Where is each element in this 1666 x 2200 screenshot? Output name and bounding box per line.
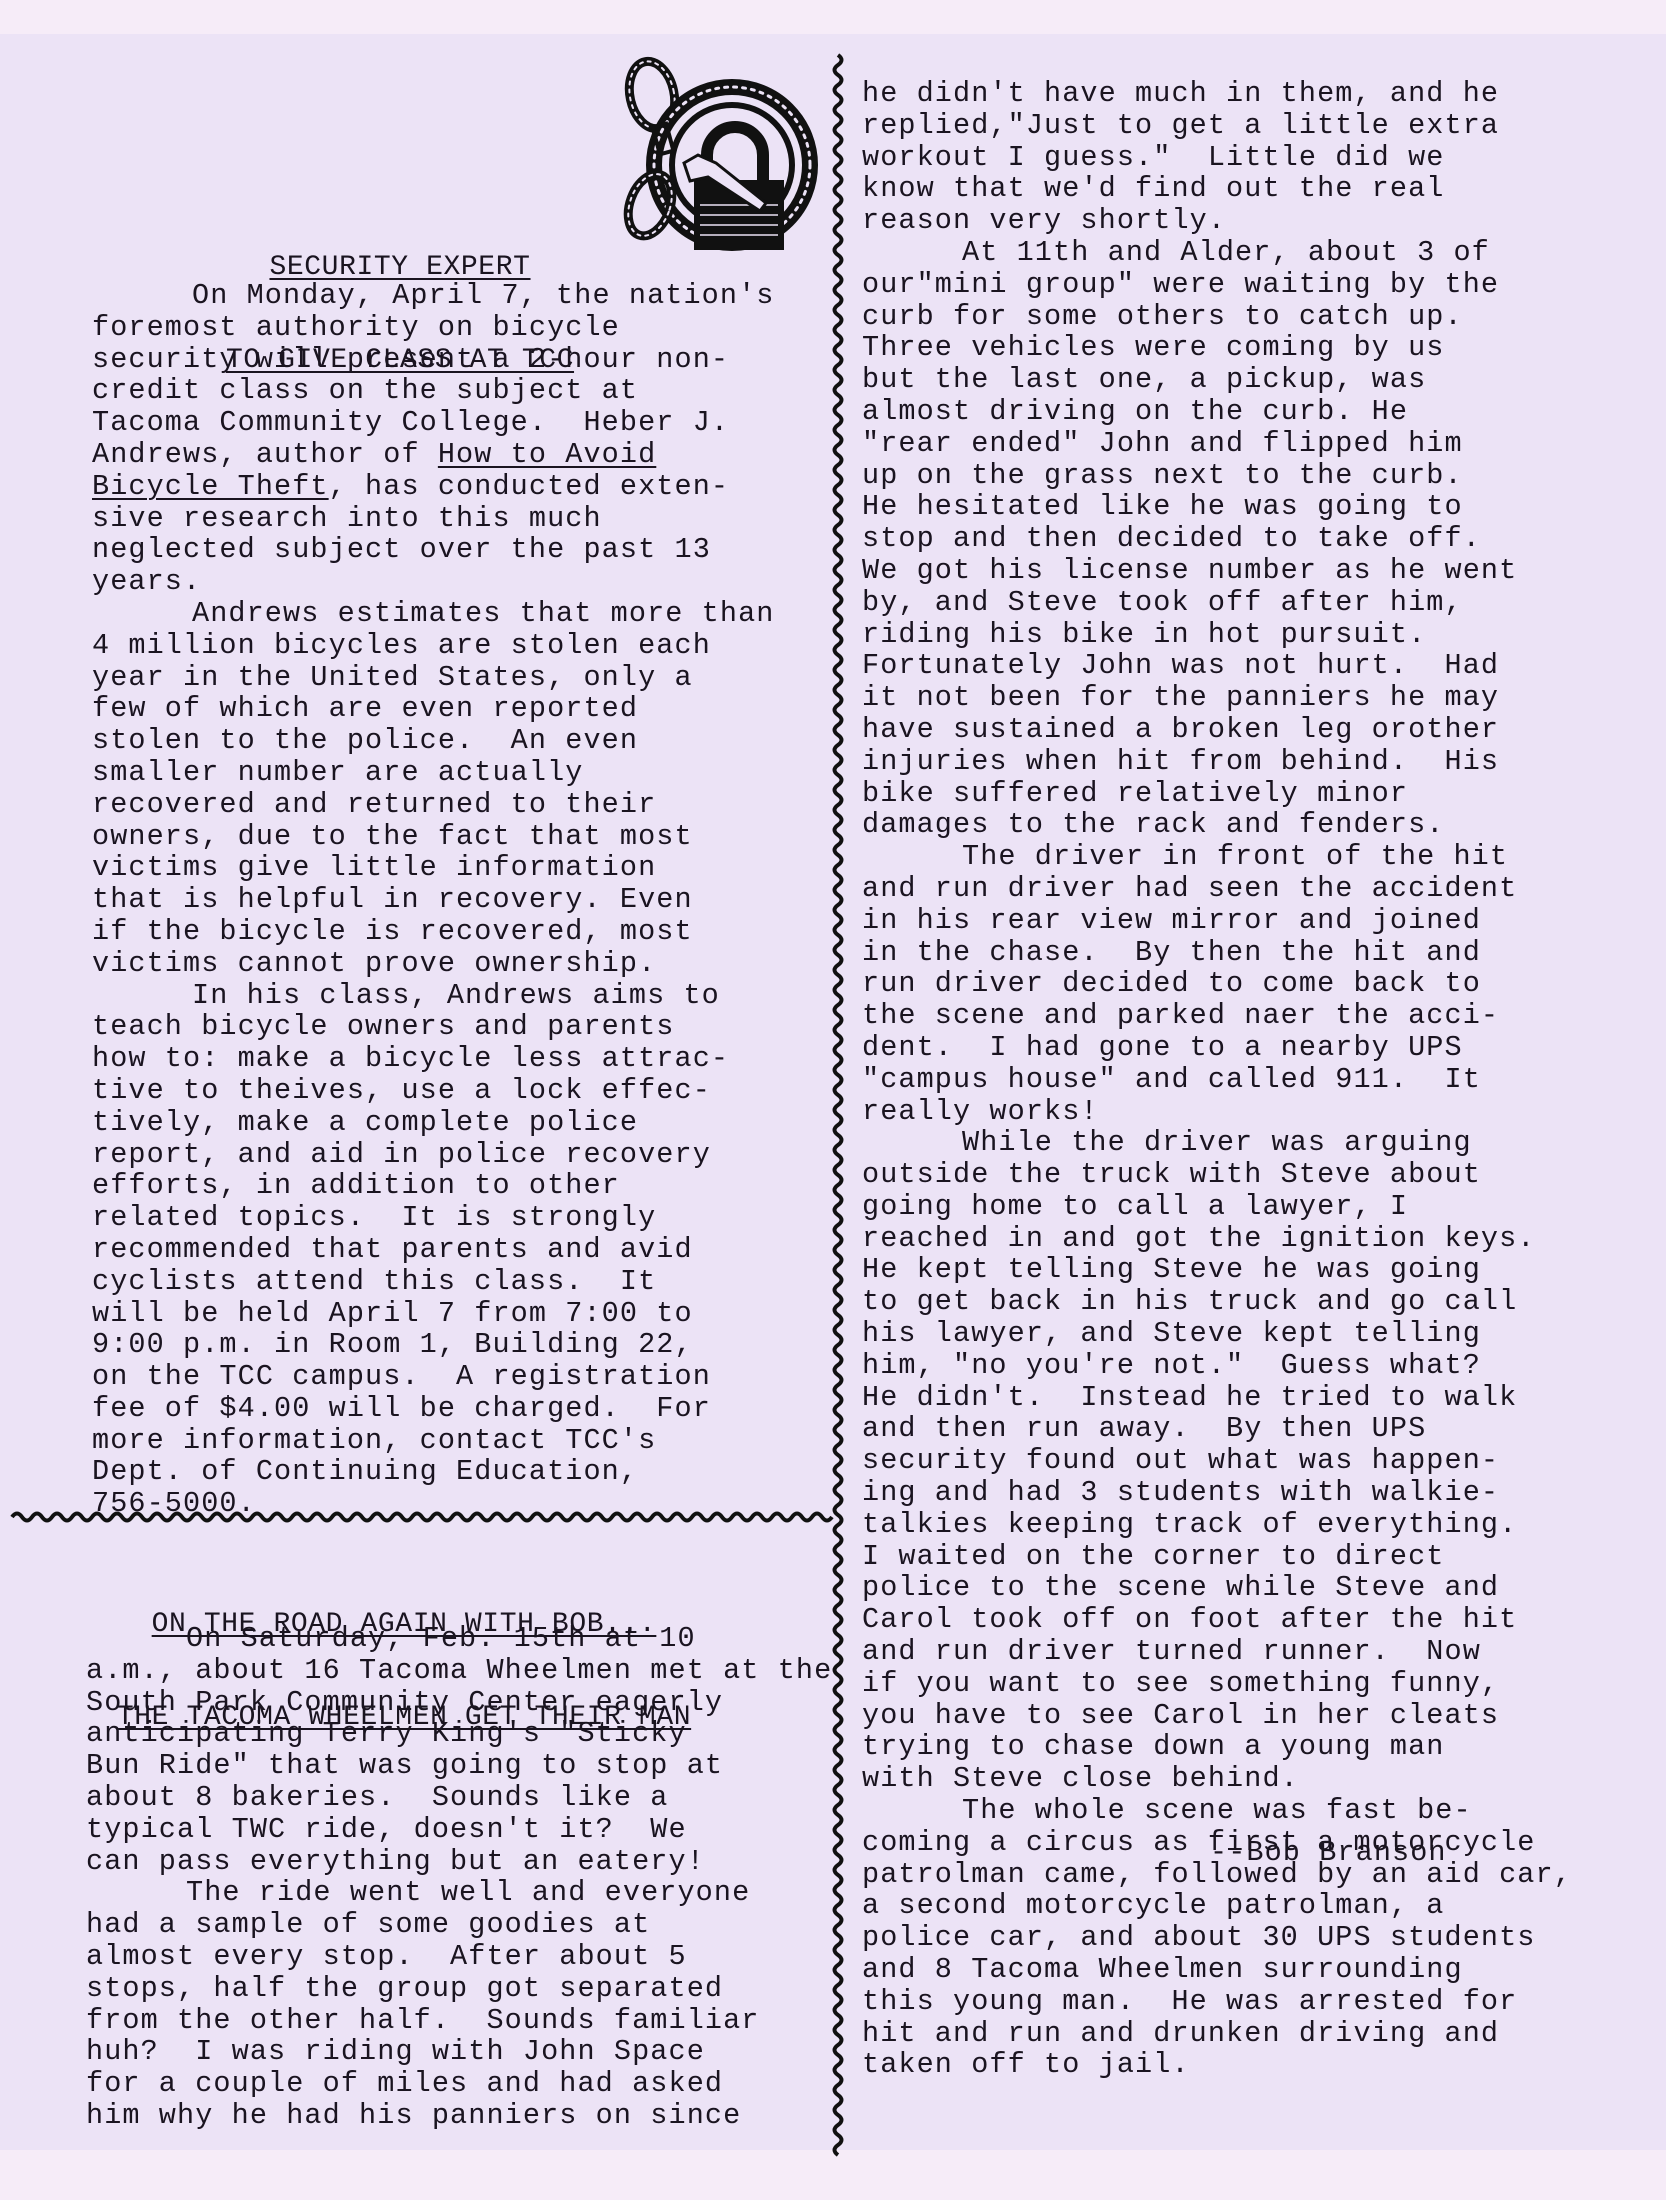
text-line: security will present a 2-hour non- [92,344,775,376]
text-line: tively, make a complete police [92,1107,775,1139]
text-line: on the TCC campus. A registration [92,1361,775,1393]
text-line: can pass everything but an eatery! [86,1846,832,1878]
text-line: replied,"Just to get a little extra [862,110,1572,142]
text-line: dent. I had gone to a nearby UPS [862,1032,1572,1064]
text-line: neglected subject over the past 13 [92,534,775,566]
text-line: South Park Community Center eagerly [86,1687,832,1719]
text-line: year in the United States, only a [92,662,775,694]
text-line: The ride went well and everyone [86,1877,832,1909]
text-line: by, and Steve took off after him, [862,587,1572,619]
text-line: years. [92,566,775,598]
text-line: Andrews estimates that more than [92,598,775,630]
text-line: run driver decided to come back to [862,968,1572,1000]
text-line: but the last one, a pickup, was [862,364,1572,396]
text-line: related topics. It is strongly [92,1202,775,1234]
text-line: Three vehicles were coming by us [862,332,1572,364]
text-line: a second motorcycle patrolman, a [862,1890,1572,1922]
text-line: He kept telling Steve he was going [862,1254,1572,1286]
text-line: going home to call a lawyer, I [862,1191,1572,1223]
text-line: The driver in front of the hit [862,841,1572,873]
text-line: from the other half. Sounds familiar [86,2005,832,2037]
text-line: for a couple of miles and had asked [86,2068,832,2100]
text-line: you have to see Carol in her cleats [862,1700,1572,1732]
text-line: recovered and returned to their [92,789,775,821]
text-line: almost every stop. After about 5 [86,1941,832,1973]
text-line: 4 million bicycles are stolen each [92,630,775,662]
text-line: Andrews, author of How to Avoid [92,439,775,471]
text-line: and 8 Tacoma Wheelmen surrounding [862,1954,1572,1986]
text-line: cyclists attend this class. It [92,1266,775,1298]
text-line: typical TWC ride, doesn't it? We [86,1814,832,1846]
text-line: Bicycle Theft, has conducted exten- [92,471,775,503]
text-line: curb for some others to catch up. [862,301,1572,333]
text-line: While the driver was arguing [862,1127,1572,1159]
text-line: smaller number are actually [92,757,775,789]
text-line: Carol took off on foot after the hit [862,1604,1572,1636]
text-line: he didn't have much in them, and he [862,78,1572,110]
text-line: "campus house" and called 911. It [862,1064,1572,1096]
text-line: in the chase. By then the hit and [862,937,1572,969]
text-line: sive research into this much [92,503,775,535]
text-line: He hesitated like he was going to [862,491,1572,523]
text-line: recommended that parents and avid [92,1234,775,1266]
text-line: this young man. He was arrested for [862,1986,1572,2018]
scan-margin-top [0,0,1666,34]
text-line: owners, due to the fact that most [92,821,775,853]
text-line: workout I guess." Little did we [862,142,1572,174]
text-line: reached in and got the ignition keys. [862,1223,1572,1255]
text-line: talkies keeping track of everything. [862,1509,1572,1541]
text-line: more information, contact TCC's [92,1425,775,1457]
text-line: outside the truck with Steve about [862,1159,1572,1191]
book-title: How to Avoid [438,438,656,471]
text-line: have sustained a broken leg orother [862,714,1572,746]
text-line: the scene and parked naer the acci- [862,1000,1572,1032]
text-line: almost driving on the curb. He [862,396,1572,428]
text-line: reason very shortly. [862,205,1572,237]
scan-margin-bottom [0,2150,1666,2200]
text-line: riding his bike in hot pursuit. [862,619,1572,651]
text-line: really works! [862,1096,1572,1128]
cable-lock-icon [612,55,822,255]
horizontal-wavy-divider [12,1508,838,1526]
text-line: taken off to jail. [862,2049,1572,2081]
text-line: ing and had 3 students with walkie- [862,1477,1572,1509]
text-line: trying to chase down a young man [862,1731,1572,1763]
text-line: will be held April 7 from 7:00 to [92,1298,775,1330]
text-line: hit and run and drunken driving and [862,2018,1572,2050]
text-line: it not been for the panniers he may [862,682,1572,714]
text-line: a.m., about 16 Tacoma Wheelmen met at th… [86,1655,832,1687]
text-line: Dept. of Continuing Education, [92,1456,775,1488]
text-line: up on the grass next to the curb. [862,460,1572,492]
text-line: him, "no you're not." Guess what? [862,1350,1572,1382]
text-line: efforts, in addition to other [92,1170,775,1202]
text-line: victims cannot prove ownership. [92,948,775,980]
article-security-expert-body: On Monday, April 7, the nation'sforemost… [92,280,775,1520]
text-line: had a sample of some goodies at [86,1909,832,1941]
text-line: and then run away. By then UPS [862,1413,1572,1445]
text-line: Tacoma Community College. Heber J. [92,407,775,439]
byline: --Bob Branson [1210,1836,1447,1869]
text-line: and run driver turned runner. Now [862,1636,1572,1668]
text-line: police car, and about 30 UPS students [862,1922,1572,1954]
text-line: in his rear view mirror and joined [862,905,1572,937]
text-line: I waited on the corner to direct [862,1541,1572,1573]
text-line: injuries when hit from behind. His [862,746,1572,778]
text-line: The whole scene was fast be- [862,1795,1572,1827]
text-line: that is helpful in recovery. Even [92,884,775,916]
text-line: police to the scene while Steve and [862,1572,1572,1604]
text-line: On Saturday, Feb. 15th at 10 [86,1623,832,1655]
text-line: In his class, Andrews aims to [92,980,775,1012]
text-line: our"mini group" were waiting by the [862,269,1572,301]
article-road-again-body-left: On Saturday, Feb. 15th at 10a.m., about … [86,1623,832,2132]
text-line: bike suffered relatively minor [862,778,1572,810]
article-road-again-body-right: he didn't have much in them, and herepli… [862,78,1572,2081]
text-line: stop and then decided to take off. [862,523,1572,555]
text-line: fee of $4.00 will be charged. For [92,1393,775,1425]
text-line: and run driver had seen the accident [862,873,1572,905]
text-line: if the bicycle is recovered, most [92,916,775,948]
text-line: him why he had his panniers on since [86,2100,832,2132]
text-line: stops, half the group got separated [86,1973,832,2005]
text-line: teach bicycle owners and parents [92,1011,775,1043]
text-line: victims give little information [92,852,775,884]
vertical-wavy-divider [828,55,848,2155]
text-line: know that we'd find out the real [862,173,1572,205]
text-line: about 8 bakeries. Sounds like a [86,1782,832,1814]
text-line: with Steve close behind. [862,1763,1572,1795]
text-line: few of which are even reported [92,693,775,725]
text-line: credit class on the subject at [92,375,775,407]
text-line: He didn't. Instead he tried to walk [862,1382,1572,1414]
text-line: 9:00 p.m. in Room 1, Building 22, [92,1329,775,1361]
text-line: At 11th and Alder, about 3 of [862,237,1572,269]
text-line: security found out what was happen- [862,1445,1572,1477]
text-line: Fortunately John was not hurt. Had [862,650,1572,682]
text-line: if you want to see something funny, [862,1668,1572,1700]
text-line: On Monday, April 7, the nation's [92,280,775,312]
text-line: Bun Ride" that was going to stop at [86,1750,832,1782]
text-line: how to: make a bicycle less attrac- [92,1043,775,1075]
text-line: foremost authority on bicycle [92,312,775,344]
text-line: his lawyer, and Steve kept telling [862,1318,1572,1350]
text-line: huh? I was riding with John Space [86,2036,832,2068]
text-line: anticipating Terry King's "Sticky [86,1718,832,1750]
text-line: tive to theives, use a lock effec- [92,1075,775,1107]
text-line: damages to the rack and fenders. [862,809,1572,841]
text-line: "rear ended" John and flipped him [862,428,1572,460]
text-line: stolen to the police. An even [92,725,775,757]
text-line: We got his license number as he went [862,555,1572,587]
text-line: to get back in his truck and go call [862,1286,1572,1318]
text-line: report, and aid in police recovery [92,1139,775,1171]
book-title: Bicycle Theft [92,470,329,503]
